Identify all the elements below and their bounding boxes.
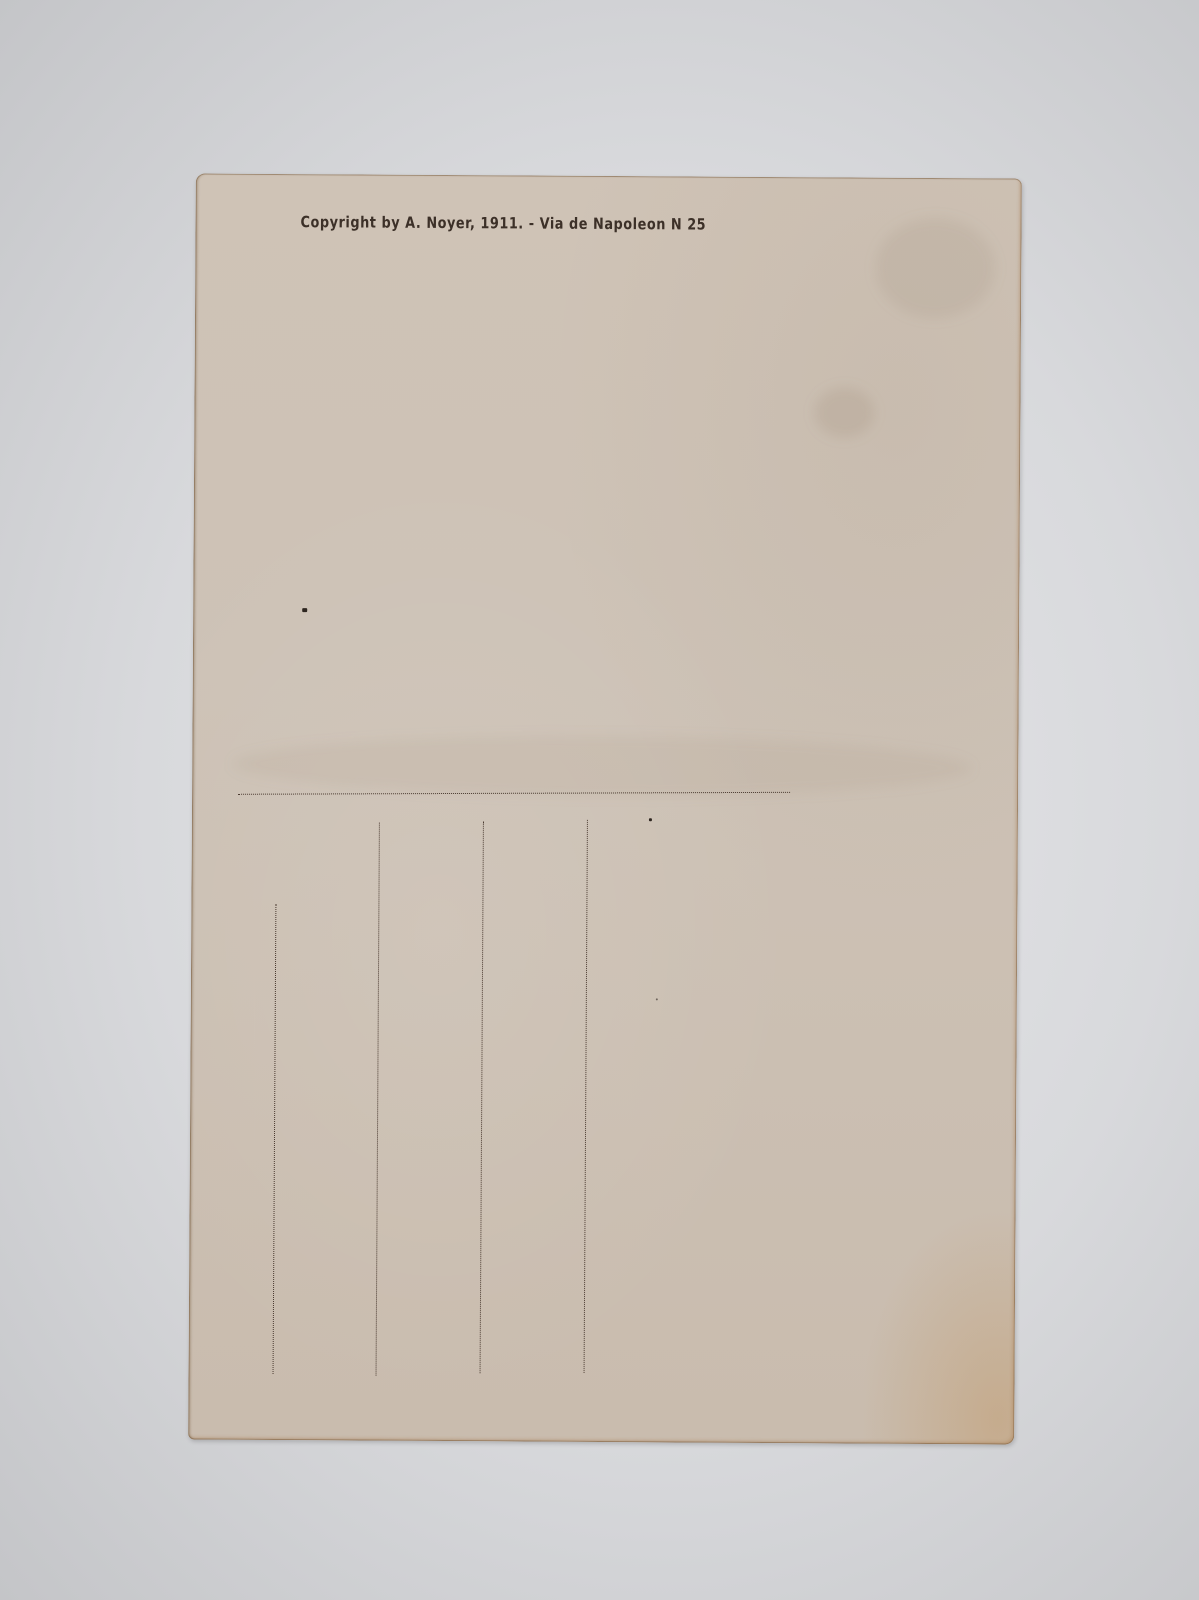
address-dotted-line [480,821,484,1373]
ink-speck [302,608,307,612]
foxing-stain [232,734,972,799]
foxing-stain [875,218,996,319]
ink-speck [649,818,652,821]
foxing-stain [814,387,874,437]
address-dotted-line [584,820,588,1373]
photo-scene: Copyright by A. Noyer, 1911. - Via de Na… [0,0,1199,1600]
address-dotted-line [273,904,277,1374]
copyright-header: Copyright by A. Noyer, 1911. - Via de Na… [301,213,707,233]
address-dotted-line [376,823,380,1376]
ink-speck [656,998,658,1000]
postcard-back: Copyright by A. Noyer, 1911. - Via de Na… [188,173,1022,1444]
